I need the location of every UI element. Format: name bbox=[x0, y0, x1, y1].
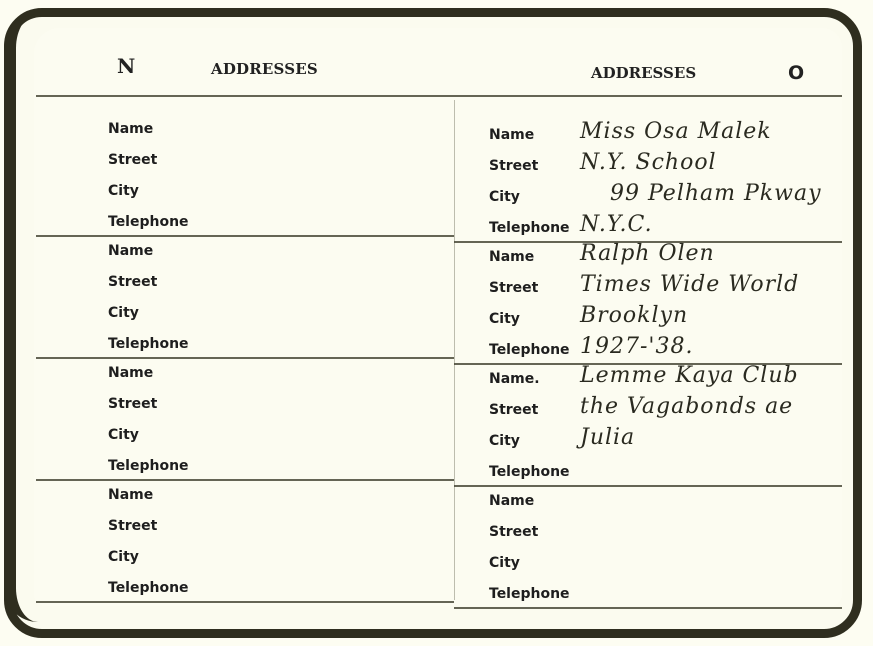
field-label-name: Name bbox=[489, 249, 534, 265]
field-label-street: Street bbox=[108, 274, 157, 290]
field-label-telephone: Telephone bbox=[108, 458, 189, 474]
field-label-city: City bbox=[108, 427, 139, 443]
field-label-city: City bbox=[108, 305, 139, 321]
field-label-telephone: Telephone bbox=[489, 220, 570, 236]
field-label-street: Street bbox=[108, 396, 157, 412]
field-label-city: City bbox=[489, 189, 520, 205]
handwritten-name[interactable]: Ralph Olen bbox=[580, 241, 715, 266]
field-label-street: Street bbox=[489, 158, 538, 174]
handwritten-telephone[interactable]: 1927-'38. bbox=[580, 334, 693, 359]
left-page bbox=[34, 28, 454, 606]
handwritten-telephone[interactable]: N.Y.C. bbox=[580, 212, 653, 237]
entry-divider bbox=[454, 607, 842, 609]
field-label-telephone: Telephone bbox=[489, 464, 570, 480]
field-label-street: Street bbox=[108, 152, 157, 168]
field-label-name: Name bbox=[108, 365, 153, 381]
handwritten-name[interactable]: Lemme Kaya Club bbox=[580, 363, 799, 388]
field-label-city: City bbox=[108, 549, 139, 565]
field-label-city: City bbox=[489, 433, 520, 449]
field-label-street: Street bbox=[489, 402, 538, 418]
field-label-telephone: Telephone bbox=[108, 214, 189, 230]
entry-divider bbox=[454, 485, 842, 487]
field-label-street: Street bbox=[489, 524, 538, 540]
entry-divider bbox=[36, 357, 454, 359]
field-label-street: Street bbox=[489, 280, 538, 296]
field-label-telephone: Telephone bbox=[489, 586, 570, 602]
handwritten-city[interactable]: 99 Pelham Pkway bbox=[610, 181, 822, 206]
index-letter-right: O bbox=[788, 62, 804, 84]
field-label-street: Street bbox=[108, 518, 157, 534]
field-label-city: City bbox=[108, 183, 139, 199]
handwritten-city[interactable]: Julia bbox=[580, 425, 635, 450]
field-label-name: Name bbox=[108, 243, 153, 259]
entry-divider bbox=[36, 235, 454, 237]
right-page-header: ADDRESSES bbox=[591, 64, 696, 82]
field-label-name: Name bbox=[108, 487, 153, 503]
handwritten-street[interactable]: N.Y. School bbox=[580, 150, 717, 175]
handwritten-street[interactable]: Times Wide World bbox=[580, 272, 799, 297]
handwritten-city[interactable]: Brooklyn bbox=[580, 303, 688, 328]
field-label-name: Name. bbox=[489, 371, 540, 387]
field-label-name: Name bbox=[108, 121, 153, 137]
entry-divider bbox=[36, 479, 454, 481]
left-page-header: ADDRESSES bbox=[211, 60, 318, 78]
field-label-telephone: Telephone bbox=[489, 342, 570, 358]
index-letter-left: N bbox=[117, 54, 135, 78]
field-label-telephone: Telephone bbox=[108, 580, 189, 596]
field-label-telephone: Telephone bbox=[108, 336, 189, 352]
field-label-name: Name bbox=[489, 493, 534, 509]
field-label-city: City bbox=[489, 555, 520, 571]
page-gutter bbox=[454, 100, 455, 600]
header-rule bbox=[36, 95, 842, 97]
handwritten-street[interactable]: the Vagabonds ae bbox=[580, 394, 793, 419]
entry-divider bbox=[36, 601, 454, 603]
field-label-city: City bbox=[489, 311, 520, 327]
field-label-name: Name bbox=[489, 127, 534, 143]
handwritten-name[interactable]: Miss Osa Malek bbox=[580, 119, 772, 144]
